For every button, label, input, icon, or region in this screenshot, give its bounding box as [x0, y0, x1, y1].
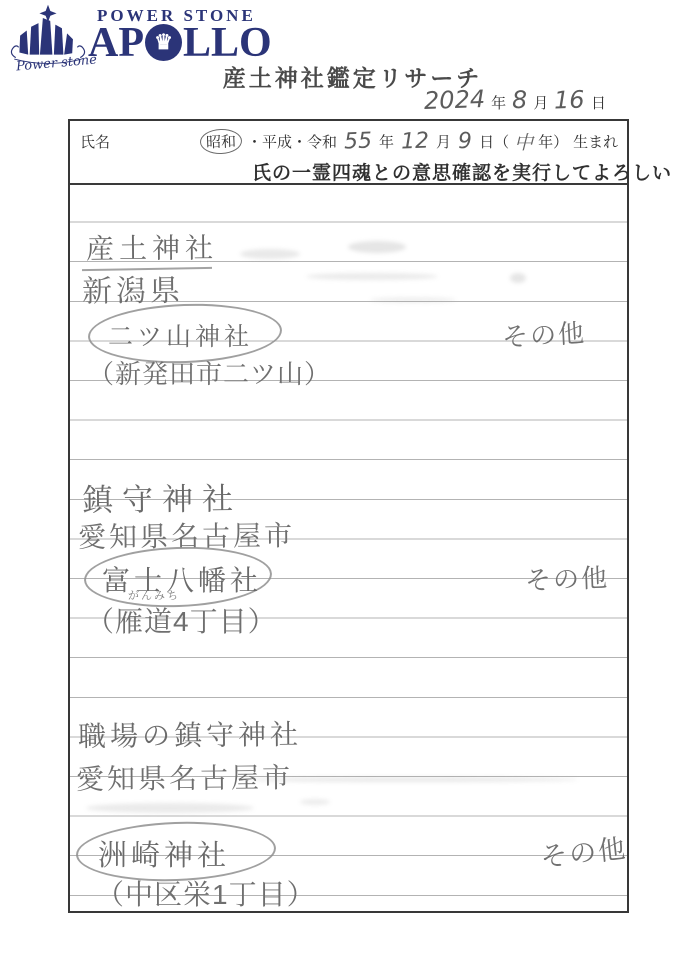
- crown-circle-icon: ♛: [145, 24, 182, 61]
- birth-day-value: 9: [458, 129, 473, 154]
- section1-address: （新発田市二ツ山）: [88, 354, 331, 391]
- scan-smudge: [86, 803, 254, 813]
- document-date: 2024 年 8 月 16 日: [424, 86, 606, 114]
- birth-age-value: 中: [514, 128, 533, 155]
- birth-age-unit: 年）: [538, 131, 568, 152]
- era-and-birthdate-row: 昭和 ・平成・令和 55 年 12 月 9 日（ 中 年） 生まれ: [200, 128, 618, 155]
- birth-year-value: 55: [344, 129, 373, 155]
- section2-note: その他: [524, 558, 609, 598]
- crown-glyph: ♛: [154, 32, 173, 53]
- section3-heading: 職場の鎮守神社: [78, 713, 302, 755]
- birth-suffix: 生まれ: [573, 131, 618, 152]
- form-box: 氏名 昭和 ・平成・令和 55 年 12 月 9 日（ 中 年） 生まれ 氏の一…: [68, 119, 629, 913]
- scan-smudge: [348, 241, 406, 253]
- birth-month-unit: 月: [436, 131, 451, 152]
- era-options: ・平成・令和: [247, 131, 337, 152]
- brand-name: AP ♛ LLO: [88, 22, 272, 64]
- form-header: 氏名 昭和 ・平成・令和 55 年 12 月 9 日（ 中 年） 生まれ 氏の一…: [70, 121, 627, 185]
- date-year-value: 2024: [424, 85, 486, 115]
- date-day-unit: 日: [591, 92, 606, 113]
- date-year-unit: 年: [491, 92, 506, 113]
- birth-month-value: 12: [401, 129, 430, 155]
- section3-shrine: 洲崎神社: [98, 833, 230, 874]
- scan-smudge: [242, 777, 578, 782]
- section3-address: （中区栄1丁目）: [96, 873, 316, 913]
- confirmation-text: 氏の一霊四魂との意思確認を実行してよろしい: [252, 158, 672, 185]
- section2-heading: 鎮守神社: [82, 473, 242, 519]
- brand-name-right: LLO: [183, 22, 272, 64]
- section1-shrine: 二ツ山神社: [108, 317, 253, 353]
- section1-region: 新潟県: [82, 266, 184, 311]
- section1-heading: 産土神社: [86, 226, 218, 267]
- section1-note: その他: [501, 313, 587, 354]
- section2-shrine: 富士八幡社: [102, 559, 262, 599]
- era-circled-showa: 昭和: [200, 128, 243, 154]
- scan-smudge: [240, 249, 300, 259]
- name-label: 氏名: [80, 131, 110, 152]
- scan-smudge: [306, 273, 438, 280]
- section2-address: （雁道4丁目）: [86, 600, 277, 640]
- birth-year-unit: 年: [379, 131, 394, 152]
- scan-smudge: [370, 297, 456, 303]
- birth-day-unit: 日（: [479, 131, 509, 152]
- scan-smudge: [510, 273, 526, 283]
- date-month-unit: 月: [533, 92, 548, 113]
- date-month-value: 8: [512, 86, 528, 115]
- scan-smudge: [300, 799, 330, 805]
- date-day-value: 16: [554, 85, 586, 114]
- section3-region: 愛知県名古屋市: [76, 756, 293, 798]
- brand-name-left: AP: [88, 22, 144, 64]
